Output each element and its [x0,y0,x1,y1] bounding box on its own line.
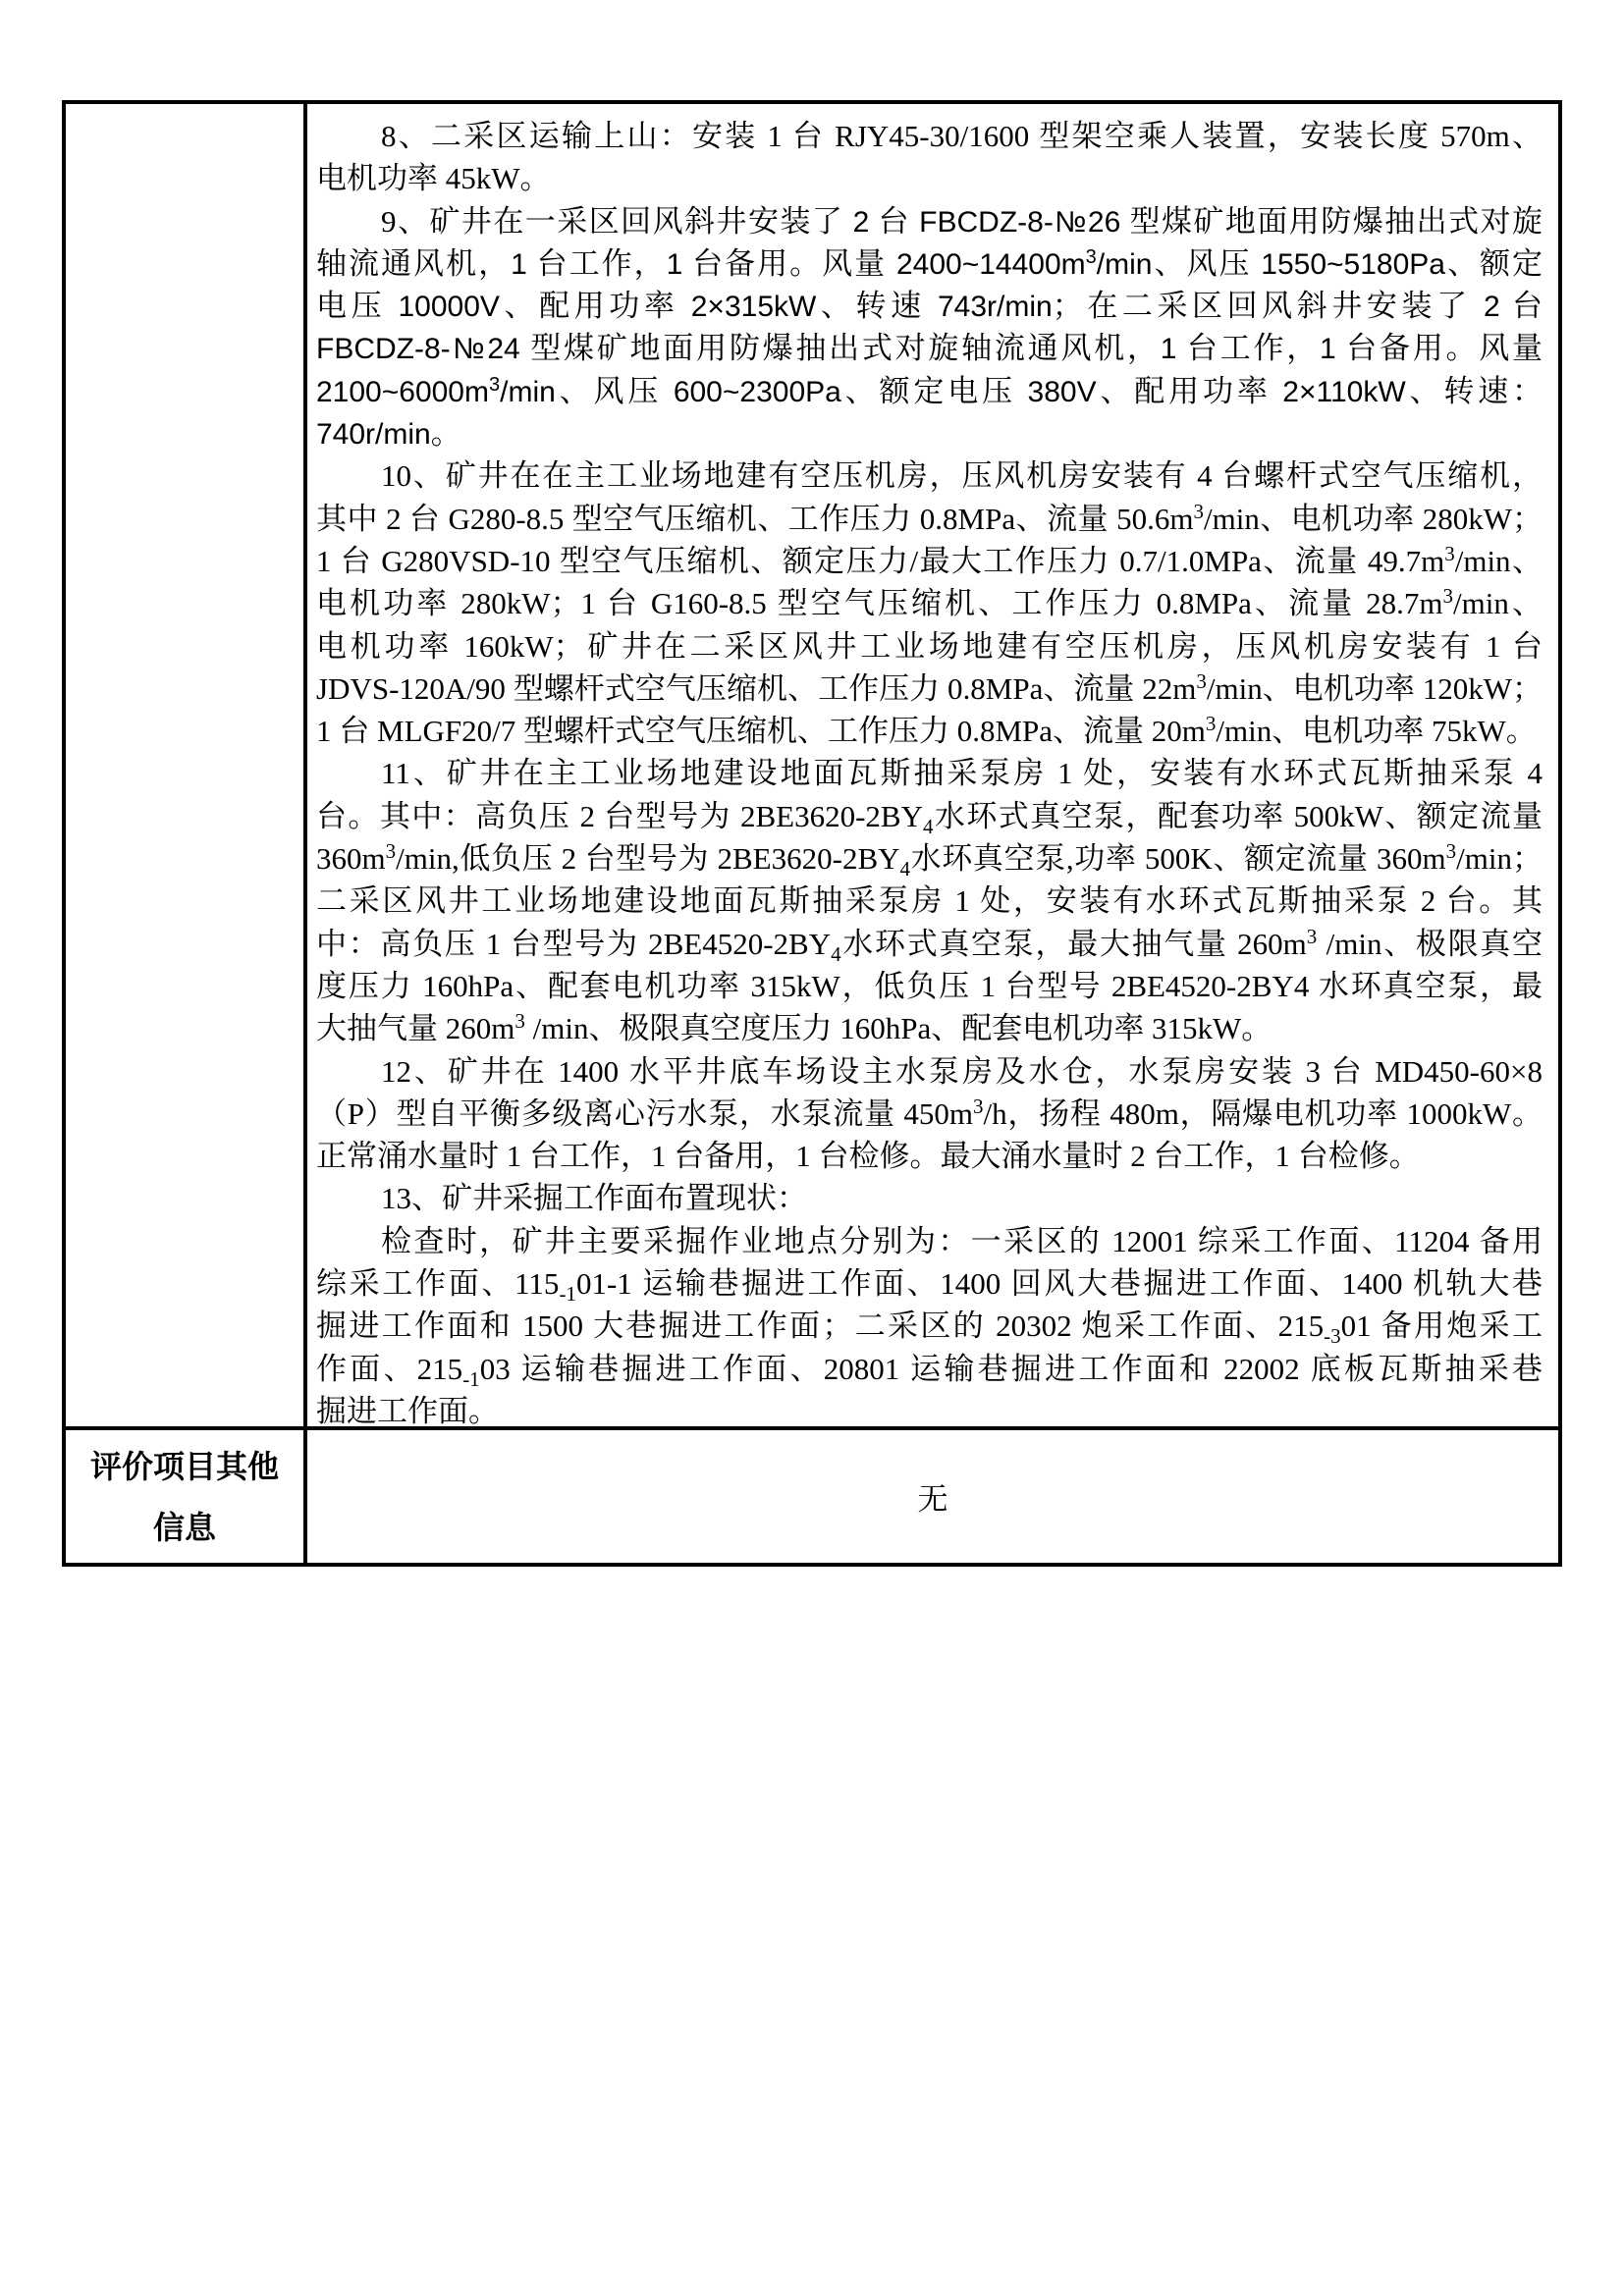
text-run: 、风压 [556,374,674,408]
other-info-value-cell: 无 [307,1430,1558,1563]
equipment-row-content-cell: 8、二采区运输上山：安装 1 台 RJY45-30/1600 型架空乘人装置，安… [307,104,1558,1426]
text-run: 4 [923,815,934,837]
evaluation-report-table: 8、二采区运输上山：安装 1 台 RJY45-30/1600 型架空乘人装置，安… [62,100,1562,1567]
text-line: 二采区风井工业场地建设地面瓦斯抽采泵房 1 处，安装有水环式瓦斯抽采泵 2 台。… [316,880,1543,922]
text-run: 台工作， [1176,331,1320,365]
text-line: 11、矿井在主工业场地建设地面瓦斯抽采泵房 1 处，安装有水环式瓦斯抽采泵 4 [316,752,1543,794]
text-run: /min、 [1453,586,1543,620]
text-run: 600~2300Pa [674,376,841,408]
text-line: 2100~6000m3/min、风压 600~2300Pa、额定电压 380V、… [316,370,1543,412]
text-run: 、额定电压 [841,374,1028,408]
text-run: 掘进工作面和 1500 大巷掘进工作面；二采区的 20302 炮采工作面、215 [316,1308,1324,1343]
text-run: 台 [1500,289,1543,323]
text-line: 综采工作面、115-101-1 运输巷掘进工作面、1400 回风大巷掘进工作面、… [316,1262,1543,1305]
text-run: 2×315kW [691,291,817,323]
text-run: 12、矿井在 1400 水平井底车场设主水泵房及水仓，水泵房安装 3 台 MD4… [381,1054,1543,1089]
text-run: 3 [973,1095,984,1118]
text-line: 8、二采区运输上山：安装 1 台 RJY45-30/1600 型架空乘人装置，安… [316,115,1543,157]
text-run: 8、二采区运输上山：安装 1 台 RJY45-30/1600 型架空乘人装置，安… [381,119,1543,153]
text-run: 3 [1307,925,1318,948]
text-run: 正常涌水量时 1 台工作，1 台备用，1 台检修。最大涌水量时 2 台工作，1 … [316,1139,1420,1173]
text-run: 台备用。风量 [682,246,896,281]
text-run: /min； [1456,841,1543,876]
text-line: 10、矿井在在主工业场地建有空压机房，压风机房安装有 4 台螺杆式空气压缩机， [316,454,1543,497]
text-run: 水环式真空泵，配套功率 500kW、额定流量 [934,799,1543,833]
other-info-value: 无 [918,1474,948,1519]
text-run: 综采工作面、115 [316,1266,559,1301]
text-run: 380V [1028,376,1097,408]
text-run: 轴流通风机， [316,246,511,281]
text-line: 电压 10000V、配用功率 2×315kW、转速 743r/min；在二采区回… [316,285,1543,327]
text-run: 台工作， [527,246,667,281]
text-run: 、转速 [816,289,938,323]
text-run: 2100~6000m [316,376,489,408]
text-run: 3 [489,374,500,396]
text-run: JDVS-120A/90 型螺杆式空气压缩机、工作压力 0.8MPa、流量 22… [316,671,1196,706]
text-run: 水环式真空泵，最大抽气量 260m [841,927,1307,961]
text-run: 4 [900,857,911,880]
text-run: 10、矿井在在主工业场地建有空压机房，压风机房安装有 4 台螺杆式空气压缩机， [381,458,1543,493]
text-run: 1 [1320,333,1336,365]
text-run: 1 [667,248,683,281]
text-run: 2×110kW [1282,376,1405,408]
text-run: 2 [1484,291,1500,323]
text-run: 度压力 160hPa、配套电机功率 315kW，低负压 1 台型号 2BE452… [316,969,1543,1003]
text-line: 电机功率 45kW。 [316,157,1543,199]
text-run: /min、电机功率 120kW； [1207,671,1543,706]
text-run: 台 [869,204,919,239]
text-run: 电机功率 160kW；矿井在二采区风井工业场地建有空压机房，压风机房安装有 1 … [316,629,1543,664]
text-run: 3 [1193,500,1204,523]
text-line: 正常涌水量时 1 台工作，1 台备用，1 台检修。最大涌水量时 2 台工作，1 … [316,1135,1543,1177]
text-run: 中：高负压 1 台型号为 2BE4520-2BY [316,927,831,961]
text-run: 3 [1444,542,1455,565]
text-run: 3 [386,839,397,863]
text-run: FBCDZ-8-№24 [316,333,520,365]
text-line: 台。其中：高负压 2 台型号为 2BE3620-2BY4水环式真空泵，配套功率 … [316,795,1543,837]
text-line: 掘进工作面。 [316,1390,1543,1426]
text-run: /min,低负压 2 台型号为 2BE3620-2BY [396,841,899,876]
text-run: 2400~14400m [896,248,1086,281]
text-line: 作面、215-103 运输巷掘进工作面、20801 运输巷掘进工作面和 2200… [316,1348,1543,1390]
text-run: 3 [1086,246,1097,268]
text-line: 轴流通风机，1 台工作，1 台备用。风量 2400~14400m3/min、风压… [316,242,1543,285]
text-run: 1 [1161,333,1177,365]
text-run: /min [500,376,556,408]
text-run: 01 备用炮采工 [1341,1308,1543,1343]
text-run: 740r/min [316,418,431,451]
text-run: 、配用功率 [1097,374,1283,408]
other-info-label-line1: 评价项目其他 [90,1436,279,1497]
text-run: 电压 [316,289,399,323]
text-line: 掘进工作面和 1500 大巷掘进工作面；二采区的 20302 炮采工作面、215… [316,1305,1543,1347]
text-run: 13、矿井采掘工作面布置现状： [381,1181,807,1215]
text-run: /h，扬程 480m，隔爆电机功率 1000kW。 [983,1096,1543,1131]
text-run: 9、矿井在一采区回风斜井安装了 [381,204,853,239]
text-run: 。 [431,416,461,451]
text-run: 作面、215 [316,1352,462,1386]
text-run: 360m [316,841,386,876]
text-run: 3 [1446,839,1457,863]
text-run: 1 [511,248,527,281]
text-run: 水环真空泵,功率 500K、额定流量 360m [910,841,1446,876]
text-run: 电机功率 45kW。 [316,161,551,195]
text-run: /min [1097,248,1153,281]
text-run: 、额定 [1445,246,1543,281]
text-line: 360m3/min,低负压 2 台型号为 2BE3620-2BY4水环真空泵,功… [316,837,1543,880]
text-run: 11、矿井在主工业场地建设地面瓦斯抽采泵房 1 处，安装有水环式瓦斯抽采泵 4 [381,756,1543,790]
text-run: 二采区风井工业场地建设地面瓦斯抽采泵房 1 处，安装有水环式瓦斯抽采泵 2 台。… [316,883,1543,918]
table-row-other-info: 评价项目其他 信息 无 [66,1426,1558,1563]
text-run: 743r/min [938,291,1053,323]
text-run: 3 [1443,584,1454,608]
text-line: （P）型自平衡多级离心污水泵，水泵流量 450m3/h，扬程 480m，隔爆电机… [316,1093,1543,1135]
text-line: JDVS-120A/90 型螺杆式空气压缩机、工作压力 0.8MPa、流量 22… [316,667,1543,710]
text-run: 3 [1206,712,1217,735]
text-line: 9、矿井在一采区回风斜井安装了 2 台 FBCDZ-8-№26 型煤矿地面用防爆… [316,200,1543,242]
text-run: 1 台 MLGF20/7 型螺杆式空气压缩机、工作压力 0.8MPa、流量 20… [316,714,1206,748]
text-run: 1 台 G280VSD-10 型空气压缩机、额定压力/最大工作压力 0.7/1.… [316,544,1444,578]
text-line: 1 台 MLGF20/7 型螺杆式空气压缩机、工作压力 0.8MPa、流量 20… [316,710,1543,752]
text-run: 台。其中：高负压 2 台型号为 2BE3620-2BY [316,799,923,833]
text-run: /min、极限真空 [1317,927,1543,961]
text-run: 、风压 [1152,246,1261,281]
text-run: /min、极限真空度压力 160hPa、配套电机功率 315kW。 [525,1011,1272,1045]
table-row-equipment-status: 8、二采区运输上山：安装 1 台 RJY45-30/1600 型架空乘人装置，安… [66,104,1558,1426]
text-run: /min、电机功率 75kW。 [1216,714,1536,748]
text-run: 01-1 运输巷掘进工作面、1400 回风大巷掘进工作面、1400 机轨大巷 [576,1266,1543,1301]
text-run: 检查时，矿井主要采掘作业地点分别为：一采区的 12001 综采工作面、11204… [381,1224,1543,1258]
other-info-label-line2: 信息 [153,1497,216,1558]
text-run: -1 [559,1282,576,1305]
text-line: 13、矿井采掘工作面布置现状： [316,1177,1543,1219]
text-run: 2 [853,206,870,239]
text-run: 电机功率 280kW；1 台 G160-8.5 型空气压缩机、工作压力 0.8M… [316,586,1443,620]
text-run: 4 [831,942,841,965]
text-line: 12、矿井在 1400 水平井底车场设主水泵房及水仓，水泵房安装 3 台 MD4… [316,1050,1543,1093]
text-line: 其中 2 台 G280-8.5 型空气压缩机、工作压力 0.8MPa、流量 50… [316,498,1543,540]
text-run: 03 运输巷掘进工作面、20801 运输巷掘进工作面和 22002 底板瓦斯抽采… [480,1352,1543,1386]
text-run: -1 [462,1367,480,1390]
text-line: 中：高负压 1 台型号为 2BE4520-2BY4水环式真空泵，最大抽气量 26… [316,923,1543,965]
text-line: 电机功率 280kW；1 台 G160-8.5 型空气压缩机、工作压力 0.8M… [316,582,1543,624]
text-run: 其中 2 台 G280-8.5 型空气压缩机、工作压力 0.8MPa、流量 50… [316,502,1193,536]
equipment-row-label-cell [66,104,307,1426]
text-run: FBCDZ-8-№26 [919,206,1120,239]
text-run: 、配用功率 [500,289,691,323]
text-line: 大抽气量 260m3 /min、极限真空度压力 160hPa、配套电机功率 31… [316,1007,1543,1049]
text-line: 检查时，矿井主要采掘作业地点分别为：一采区的 12001 综采工作面、11204… [316,1220,1543,1262]
text-line: 电机功率 160kW；矿井在二采区风井工业场地建有空压机房，压风机房安装有 1 … [316,625,1543,667]
text-run: 1550~5180Pa [1261,248,1445,281]
other-info-label-cell: 评价项目其他 信息 [66,1430,307,1563]
text-run: 10000V [399,291,500,323]
text-run: /min、电机功率 280kW； [1204,502,1543,536]
text-run: 3 [514,1009,525,1033]
text-run: 台备用。风量 [1336,331,1543,365]
text-run: 、转速： [1406,374,1543,408]
text-line: 1 台 G280VSD-10 型空气压缩机、额定压力/最大工作压力 0.7/1.… [316,540,1543,582]
text-line: 740r/min。 [316,412,1543,454]
text-run: -3 [1324,1324,1341,1347]
text-line: FBCDZ-8-№24 型煤矿地面用防爆抽出式对旋轴流通风机，1 台工作，1 台… [316,327,1543,369]
text-run: 掘进工作面。 [316,1394,499,1426]
text-run: ；在二采区回风斜井安装了 [1053,289,1484,323]
text-run: 型煤矿地面用防爆抽出式对旋 [1120,204,1543,239]
text-run: 型煤矿地面用防爆抽出式对旋轴流通风机， [520,331,1161,365]
text-run: 大抽气量 260m [316,1011,514,1045]
text-line: 度压力 160hPa、配套电机功率 315kW，低负压 1 台型号 2BE452… [316,965,1543,1007]
text-run: 3 [1196,669,1207,693]
text-run: /min、 [1455,544,1543,578]
text-run: （P）型自平衡多级离心污水泵，水泵流量 450m [316,1096,973,1131]
